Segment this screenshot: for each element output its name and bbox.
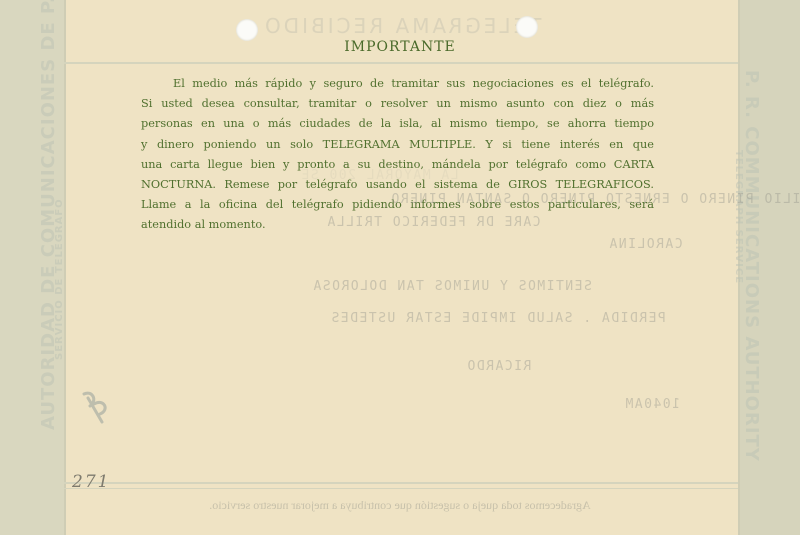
side-text-left-small: SERVICIO DE TELEGRAFO: [54, 198, 65, 360]
bleed-line: 1040AM: [624, 397, 680, 412]
notice-line: El medio más rápido y seguro de tramitar…: [141, 74, 654, 94]
notice-line: Si usted desea consultar, tramitar o res…: [141, 94, 654, 114]
footer-bleed-through: Agradecemos toda queja o sugestión que c…: [0, 498, 800, 513]
pencil-mark-icon: [78, 388, 118, 428]
header-bleed-through: TELEGRAMA RECIBIDO: [262, 14, 541, 38]
bleed-line: PERDIDA . SALUD IMPIDE ESTAR USTEDES: [330, 311, 666, 326]
handwritten-number: 271: [72, 472, 110, 492]
punch-hole-left: [236, 19, 258, 41]
bleed-line: SENTIMOS Y UNIMOS TAN DOLOROSA: [312, 279, 592, 294]
punch-hole-right: [516, 16, 538, 38]
top-divider: [64, 62, 738, 64]
side-text-right-small: TELEGRAPH SERVICE: [733, 150, 744, 284]
document-title: IMPORTANTE: [0, 39, 800, 55]
bleed-line: RICARDO: [466, 359, 531, 374]
notice-paragraph: El medio más rápido y seguro de tramitar…: [141, 74, 654, 236]
bleed-line: EMILIO PINERO O ERNESTO PINERO O SANTAN …: [390, 192, 800, 207]
bleed-line: LA MAYORAL 200 SE: [300, 168, 459, 183]
bottom-divider-thin: [64, 488, 738, 489]
bottom-divider: [64, 482, 738, 484]
telegram-form: AUTORIDAD DE COMUNICACIONES DE P. R. SER…: [0, 0, 800, 535]
bleed-line: CARE DR FEDERICO TRILLA: [326, 215, 541, 230]
side-text-right: P. R. COMMUNICATIONS AUTHORITY: [741, 70, 762, 462]
notice-line: personas en una o más ciudades de la isl…: [141, 114, 654, 134]
bleed-line: CAROLINA: [608, 237, 683, 252]
notice-line: y dinero poniendo un solo TELEGRAMA MULT…: [141, 135, 654, 155]
